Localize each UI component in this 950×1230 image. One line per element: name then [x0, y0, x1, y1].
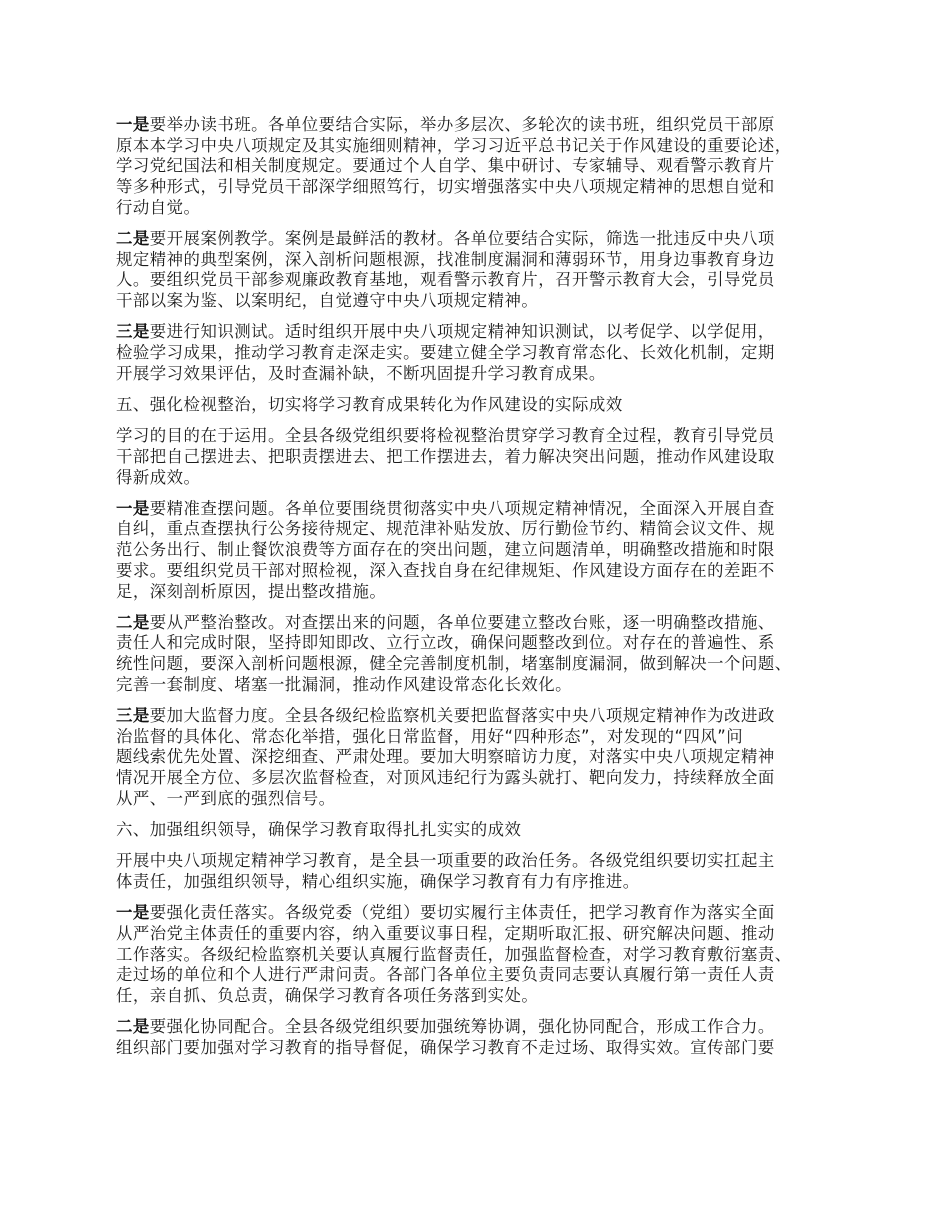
line-text: 工作落实。各级纪检监察机关要认真履行监督责任，加强监督检查，对学习教育敷衍塞责、 [116, 945, 792, 964]
text-line: 组织部门要加强对学习教育的指导督促，确保学习教育不走过场、取得实效。宣传部门要 [116, 1038, 856, 1059]
text-line: 开展学习效果评估，及时查漏补缺，不断巩固提升学习教育成果。 [116, 364, 856, 385]
paragraph: 二是要强化协同配合。全县各级党组织要加强统筹协调，强化协同配合，形成工作合力。组… [116, 1017, 856, 1058]
text-line: 三是要进行知识测试。适时组织开展中央八项规定精神知识测试，以考促学、以学促用， [116, 322, 856, 343]
text-line: 体责任，加强组织领导，精心组织实施，确保学习教育有力有序推进。 [116, 872, 856, 893]
paragraph: 学习的目的在于运用。全县各级党组织要将检视整治贯穿学习教育全过程，教育引导党员干… [116, 426, 856, 488]
text-line: 从严治党主体责任的重要内容，纳入重要议事日程，定期听取汇报、研究解决问题、推动 [116, 924, 856, 945]
text-line: 学习党纪国法和相关制度规定。要通过个人自学、集中研讨、专家辅导、观看警示教育片 [116, 156, 856, 177]
line-text: 原本本学习中央八项规定及其实施细则精神，学习习近平总书记关于作风建设的重要论述， [116, 136, 792, 155]
line-text: 干部把自己摆进去、把职责摆进去、把工作摆进去，着力解决突出问题，推动作风建设取 [116, 447, 775, 466]
line-text: 六、加强组织领导，确保学习教育取得扎扎实实的成效 [116, 820, 521, 839]
text-line: 原本本学习中央八项规定及其实施细则精神，学习习近平总书记关于作风建设的重要论述， [116, 136, 856, 157]
line-text: 范公务出行、制止餐饮浪费等方面存在的突出问题，建立问题清单，明确整改措施和时限 [116, 540, 775, 559]
text-line: 从严、一严到底的强烈信号。 [116, 789, 856, 810]
paragraph: 三是要进行知识测试。适时组织开展中央八项规定精神知识测试，以考促学、以学促用，检… [116, 322, 856, 384]
line-text: 自纠，重点查摆执行公务接待规定、规范津补贴发放、厉行勤俭节约、精简会议文件、规 [116, 519, 775, 538]
line-text: 要加大监督力度。全县各级纪检监察机关要把监督落实中央八项规定精神作为改进政 [150, 706, 775, 725]
text-line: 一是要强化责任落实。各级党委（党组）要切实履行主体责任，把学习教育作为落实全面 [116, 903, 856, 924]
document-page: 一是要举办读书班。各单位要结合实际，举办多层次、多轮次的读书班，组织党员干部原原… [116, 115, 856, 1069]
line-text: 五、强化检视整治，切实将学习教育成果转化为作风建设的实际成效 [116, 395, 623, 414]
line-text: 行动自觉。 [116, 198, 200, 217]
line-text: 从严、一严到底的强烈信号。 [116, 789, 336, 808]
item-lead: 一是 [116, 115, 150, 134]
line-text: 治监督的具体化、常态化举措，强化日常监督，用好“四种形态”，对发现的“四风”问 [116, 727, 743, 746]
text-line: 检验学习成果，推动学习教育走深走实。要建立健全学习教育常态化、长效化机制，定期 [116, 343, 856, 364]
text-line: 范公务出行、制止餐饮浪费等方面存在的突出问题，建立问题清单，明确整改措施和时限 [116, 540, 856, 561]
text-line: 二是要强化协同配合。全县各级党组织要加强统筹协调，强化协同配合，形成工作合力。 [116, 1017, 856, 1038]
text-line: 干部把自己摆进去、把职责摆进去、把工作摆进去，着力解决突出问题，推动作风建设取 [116, 447, 856, 468]
line-text: 完善一套制度、堵塞一批漏洞，推动作风建设常态化长效化。 [116, 675, 572, 694]
text-line: 二是要开展案例教学。案例是最鲜活的教材。各单位要结合实际，筛选一批违反中央八项 [116, 229, 856, 250]
line-text: 要从严整治整改。对查摆出来的问题，各单位要建立整改台账，逐一明确整改措施、 [150, 613, 775, 632]
text-line: 学习的目的在于运用。全县各级党组织要将检视整治贯穿学习教育全过程，教育引导党员 [116, 426, 856, 447]
paragraph: 三是要加大监督力度。全县各级纪检监察机关要把监督落实中央八项规定精神作为改进政治… [116, 706, 856, 810]
line-text: 任，亲自抓、负总责，确保学习教育各项任务落到实处。 [116, 986, 538, 1005]
text-line: 干部以案为鉴、以案明纪，自觉遵守中央八项规定精神。 [116, 291, 856, 312]
line-text: 开展中央八项规定精神学习教育，是全县一项重要的政治任务。各级党组织要切实扛起主 [116, 851, 775, 870]
text-line: 等多种形式，引导党员干部深学细照笃行，切实增强落实中央八项规定精神的思想自觉和 [116, 177, 856, 198]
text-line: 工作落实。各级纪检监察机关要认真履行监督责任，加强监督检查，对学习教育敷衍塞责、 [116, 945, 856, 966]
line-text: 开展学习效果评估，及时查漏补缺，不断巩固提升学习教育成果。 [116, 364, 606, 383]
paragraph: 二是要从严整治整改。对查摆出来的问题，各单位要建立整改台账，逐一明确整改措施、责… [116, 613, 856, 696]
text-line: 题线索优先处置、深挖细查、严肃处理。要加大明察暗访力度，对落实中央八项规定精神 [116, 747, 856, 768]
text-line: 统性问题，要深入剖析问题根源，健全完善制度机制，堵塞制度漏洞，做到解决一个问题、 [116, 654, 856, 675]
item-lead: 二是 [116, 613, 150, 632]
item-lead: 二是 [116, 1017, 150, 1036]
line-text: 要强化责任落实。各级党委（党组）要切实履行主体责任，把学习教育作为落实全面 [150, 903, 775, 922]
text-line: 足，深刻剖析原因，提出整改措施。 [116, 582, 856, 603]
line-text: 等多种形式，引导党员干部深学细照笃行，切实增强落实中央八项规定精神的思想自觉和 [116, 177, 775, 196]
text-line: 三是要加大监督力度。全县各级纪检监察机关要把监督落实中央八项规定精神作为改进政 [116, 706, 856, 727]
line-text: 要进行知识测试。适时组织开展中央八项规定精神知识测试，以考促学、以学促用， [150, 322, 775, 341]
item-lead: 三是 [116, 706, 150, 725]
text-line: 一是要精准查摆问题。各单位要围绕贯彻落实中央八项规定精神情况，全面深入开展自查 [116, 499, 856, 520]
text-line: 五、强化检视整治，切实将学习教育成果转化为作风建设的实际成效 [116, 395, 856, 416]
line-text: 要开展案例教学。案例是最鲜活的教材。各单位要结合实际，筛选一批违反中央八项 [150, 229, 775, 248]
line-text: 学习党纪国法和相关制度规定。要通过个人自学、集中研讨、专家辅导、观看警示教育片 [116, 156, 775, 175]
text-line: 二是要从严整治整改。对查摆出来的问题，各单位要建立整改台账，逐一明确整改措施、 [116, 613, 856, 634]
paragraph: 一是要精准查摆问题。各单位要围绕贯彻落实中央八项规定精神情况，全面深入开展自查自… [116, 499, 856, 603]
text-line: 自纠，重点查摆执行公务接待规定、规范津补贴发放、厉行勤俭节约、精简会议文件、规 [116, 519, 856, 540]
line-text: 要精准查摆问题。各单位要围绕贯彻落实中央八项规定精神情况，全面深入开展自查 [150, 499, 775, 518]
text-line: 规定精神的典型案例，深入剖析问题根源，找准制度漏洞和薄弱环节，用身边事教育身边 [116, 250, 856, 271]
text-line: 任，亲自抓、负总责，确保学习教育各项任务落到实处。 [116, 986, 856, 1007]
line-text: 人。要组织党员干部参观廉政教育基地，观看警示教育片，召开警示教育大会，引导党员 [116, 270, 775, 289]
text-line: 人。要组织党员干部参观廉政教育基地，观看警示教育片，召开警示教育大会，引导党员 [116, 270, 856, 291]
item-lead: 二是 [116, 229, 150, 248]
text-line: 走过场的单位和个人进行严肃问责。各部门各单位主要负责同志要认真履行第一责任人责 [116, 965, 856, 986]
item-lead: 三是 [116, 322, 150, 341]
line-text: 题线索优先处置、深挖细查、严肃处理。要加大明察暗访力度，对落实中央八项规定精神 [116, 747, 775, 766]
line-text: 统性问题，要深入剖析问题根源，健全完善制度机制，堵塞制度漏洞，做到解决一个问题、 [116, 654, 792, 673]
paragraph: 一是要强化责任落实。各级党委（党组）要切实履行主体责任，把学习教育作为落实全面从… [116, 903, 856, 1007]
line-text: 要求。要组织党员干部对照检视，深入查找自身在纪律规矩、作风建设方面存在的差距不 [116, 561, 775, 580]
section-heading: 五、强化检视整治，切实将学习教育成果转化为作风建设的实际成效 [116, 395, 856, 416]
text-line: 责任人和完成时限，坚持即知即改、立行立改，确保问题整改到位。对存在的普遍性、系 [116, 633, 856, 654]
line-text: 学习的目的在于运用。全县各级党组织要将检视整治贯穿学习教育全过程，教育引导党员 [116, 426, 775, 445]
paragraph: 开展中央八项规定精神学习教育，是全县一项重要的政治任务。各级党组织要切实扛起主体… [116, 851, 856, 892]
line-text: 要强化协同配合。全县各级党组织要加强统筹协调，强化协同配合，形成工作合力。 [150, 1017, 775, 1036]
text-line: 一是要举办读书班。各单位要结合实际，举办多层次、多轮次的读书班，组织党员干部原 [116, 115, 856, 136]
paragraph: 二是要开展案例教学。案例是最鲜活的教材。各单位要结合实际，筛选一批违反中央八项规… [116, 229, 856, 312]
line-text: 规定精神的典型案例，深入剖析问题根源，找准制度漏洞和薄弱环节，用身边事教育身边 [116, 250, 775, 269]
item-lead: 一是 [116, 499, 150, 518]
line-text: 责任人和完成时限，坚持即知即改、立行立改，确保问题整改到位。对存在的普遍性、系 [116, 633, 775, 652]
line-text: 走过场的单位和个人进行严肃问责。各部门各单位主要负责同志要认真履行第一责任人责 [116, 965, 775, 984]
line-text: 体责任，加强组织领导，精心组织实施，确保学习教育有力有序推进。 [116, 872, 640, 891]
line-text: 要举办读书班。各单位要结合实际，举办多层次、多轮次的读书班，组织党员干部原 [150, 115, 775, 134]
text-line: 开展中央八项规定精神学习教育，是全县一项重要的政治任务。各级党组织要切实扛起主 [116, 851, 856, 872]
line-text: 组织部门要加强对学习教育的指导督促，确保学习教育不走过场、取得实效。宣传部门要 [116, 1038, 775, 1057]
text-line: 情况开展全方位、多层次监督检查，对顶风违纪行为露头就打、靶向发力，持续释放全面 [116, 768, 856, 789]
item-lead: 一是 [116, 903, 150, 922]
line-text: 得新成效。 [116, 468, 200, 487]
text-line: 行动自觉。 [116, 198, 856, 219]
section-heading: 六、加强组织领导，确保学习教育取得扎扎实实的成效 [116, 820, 856, 841]
text-line: 要求。要组织党员干部对照检视，深入查找自身在纪律规矩、作风建设方面存在的差距不 [116, 561, 856, 582]
text-line: 治监督的具体化、常态化举措，强化日常监督，用好“四种形态”，对发现的“四风”问 [116, 727, 856, 748]
line-text: 情况开展全方位、多层次监督检查，对顶风违纪行为露头就打、靶向发力，持续释放全面 [116, 768, 775, 787]
line-text: 检验学习成果，推动学习教育走深走实。要建立健全学习教育常态化、长效化机制，定期 [116, 343, 775, 362]
line-text: 从严治党主体责任的重要内容，纳入重要议事日程，定期听取汇报、研究解决问题、推动 [116, 924, 775, 943]
text-line: 完善一套制度、堵塞一批漏洞，推动作风建设常态化长效化。 [116, 675, 856, 696]
text-line: 六、加强组织领导，确保学习教育取得扎扎实实的成效 [116, 820, 856, 841]
line-text: 干部以案为鉴、以案明纪，自觉遵守中央八项规定精神。 [116, 291, 538, 310]
text-line: 得新成效。 [116, 468, 856, 489]
paragraph: 一是要举办读书班。各单位要结合实际，举办多层次、多轮次的读书班，组织党员干部原原… [116, 115, 856, 219]
line-text: 足，深刻剖析原因，提出整改措施。 [116, 582, 386, 601]
